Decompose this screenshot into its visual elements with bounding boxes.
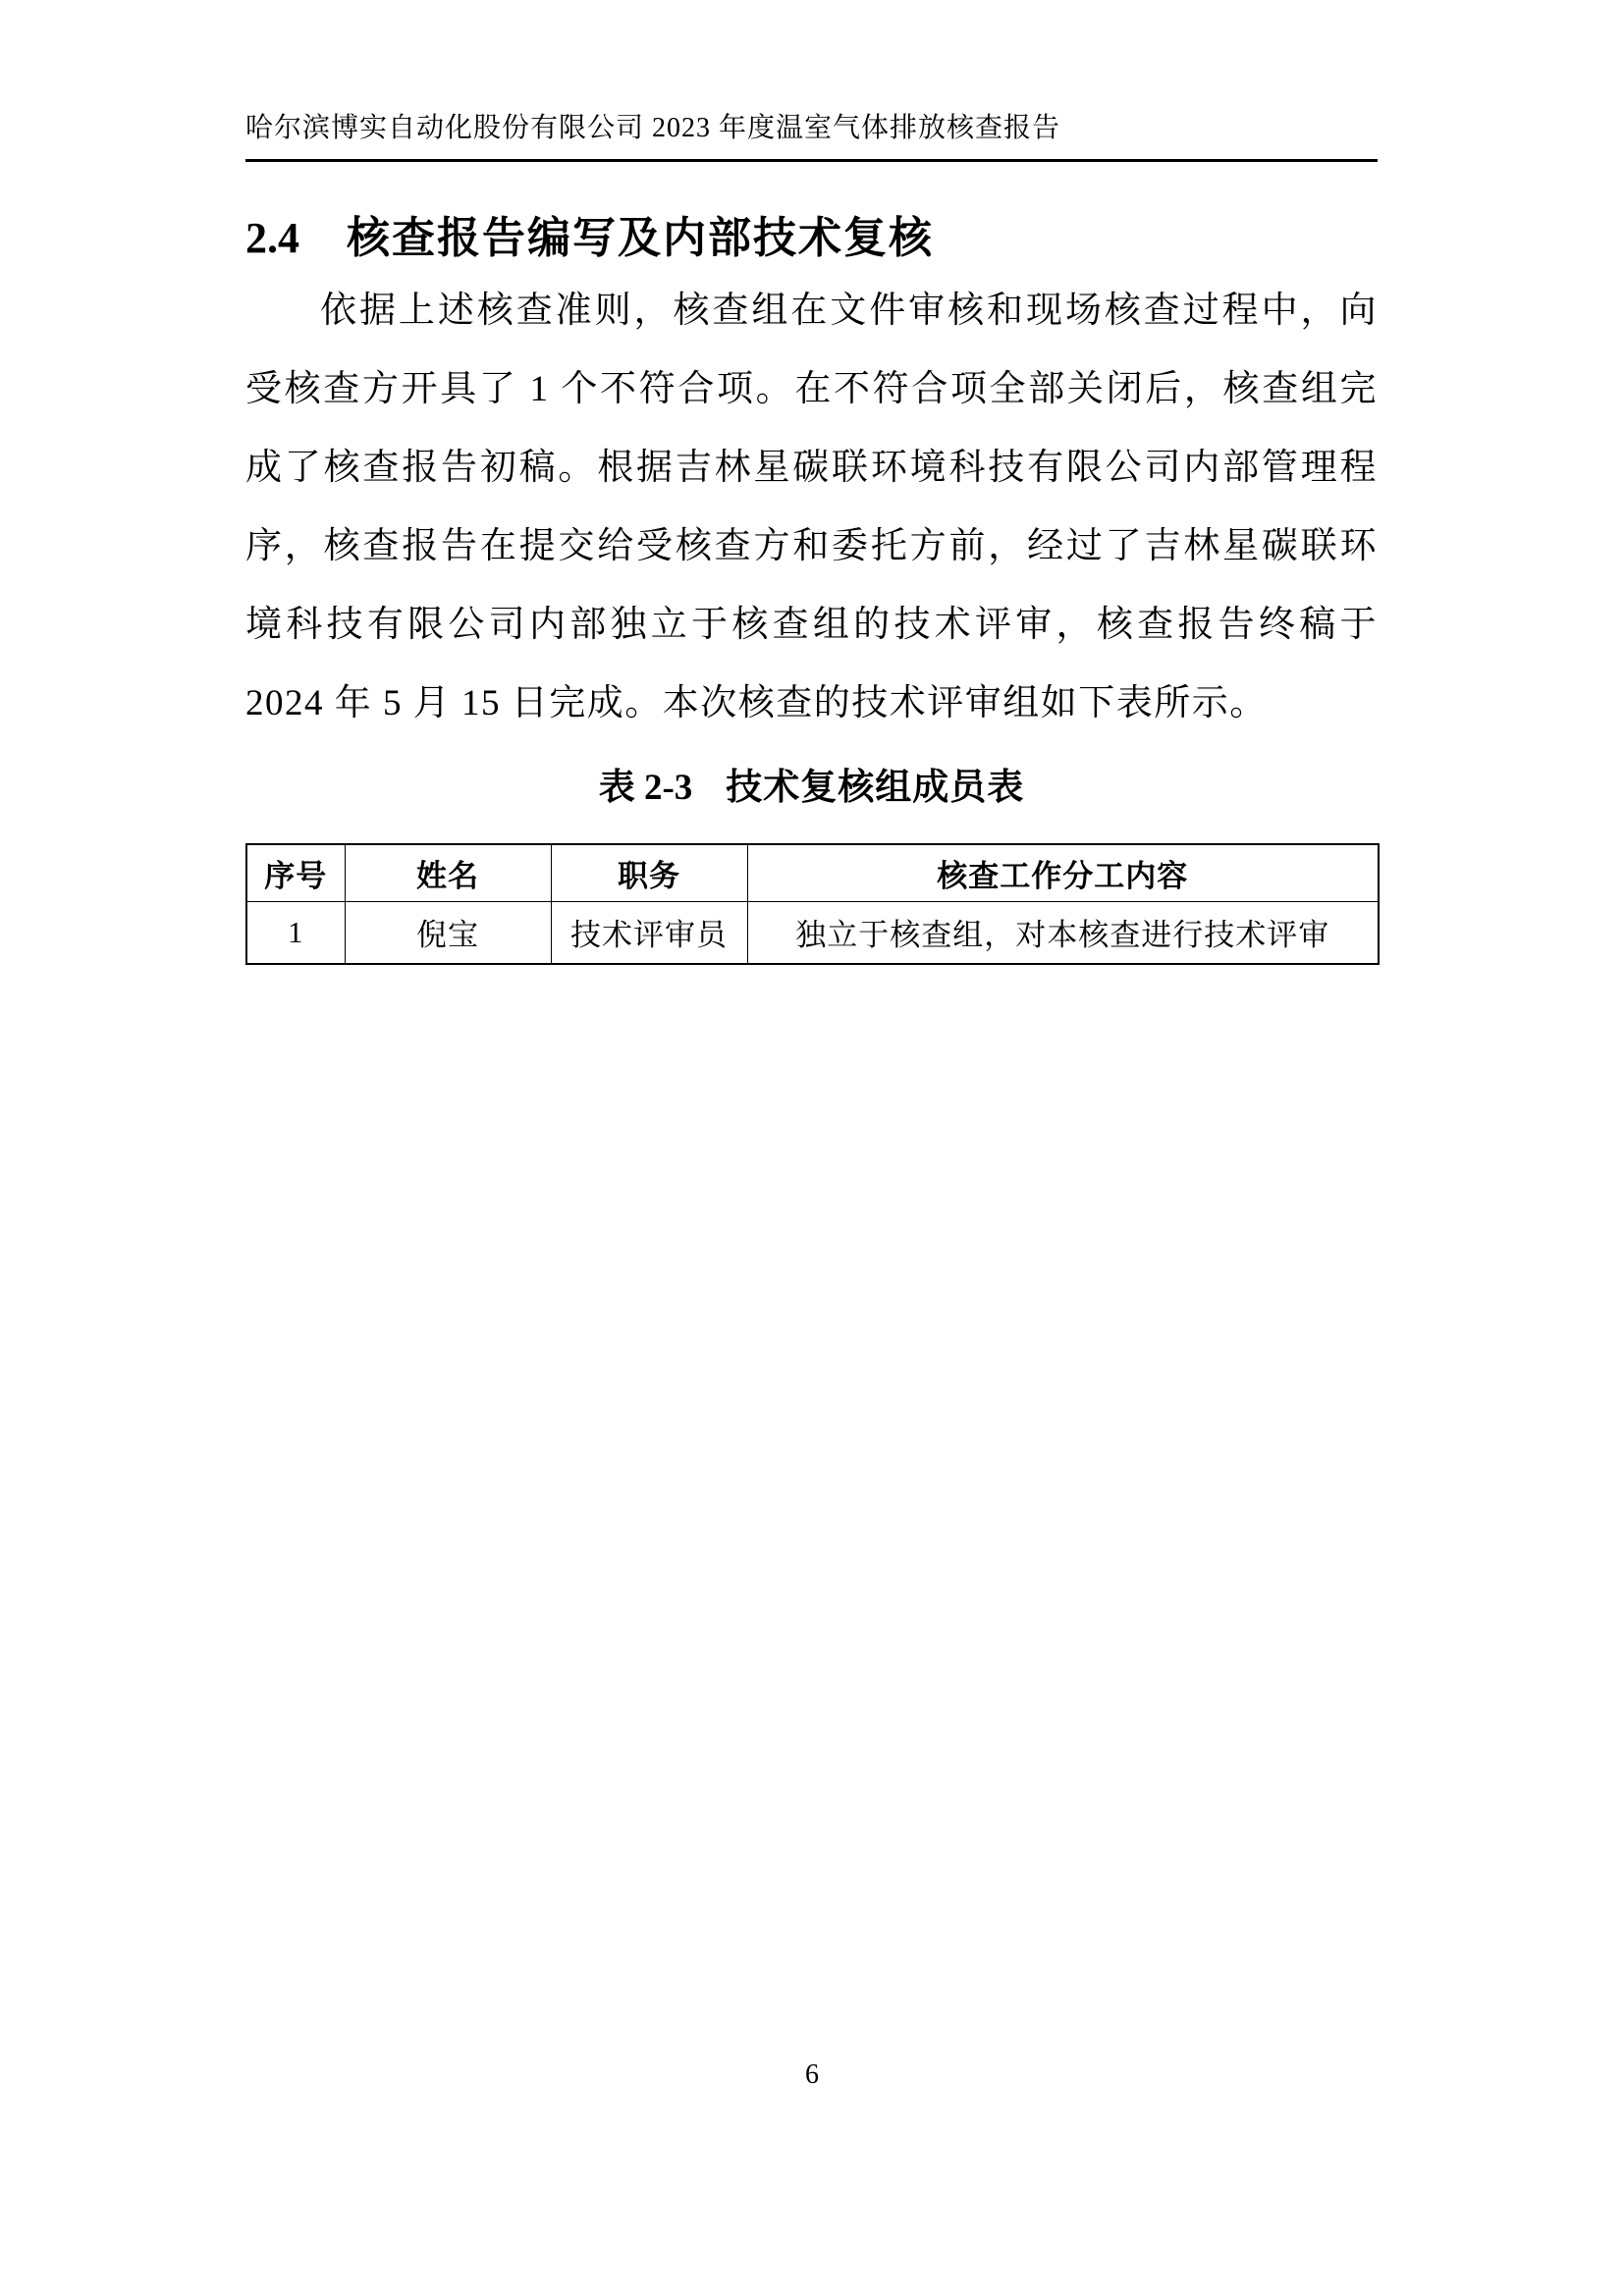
header-cell-title: 职务 (551, 844, 747, 901)
cell-duty: 独立于核查组，对本核查进行技术评审 (747, 901, 1379, 964)
members-table: 序号 姓名 职务 核查工作分工内容 1 倪宝 技术评审员 独立于核查组，对本核查… (245, 843, 1380, 965)
section-number: 2.4 (245, 214, 299, 262)
body-paragraph: 依据上述核查准则，核查组在文件审核和现场核查过程中，向受核查方开具了 1 个不符… (245, 272, 1378, 743)
page-number: 6 (0, 2059, 1624, 2091)
cell-title: 技术评审员 (551, 901, 747, 964)
cell-name: 倪宝 (345, 901, 551, 964)
table-row: 1 倪宝 技术评审员 独立于核查组，对本核查进行技术评审 (246, 901, 1379, 964)
section-heading: 2.4核查报告编写及内部技术复核 (245, 213, 1378, 264)
table-caption-title: 技术复核组成员表 (726, 768, 1024, 808)
table-caption-label: 表 2-3 (599, 768, 693, 808)
running-header: 哈尔滨博实自动化股份有限公司 2023 年度温室气体排放核查报告 (245, 114, 1378, 162)
header-cell-index: 序号 (246, 844, 345, 901)
header-cell-name: 姓名 (345, 844, 551, 901)
cell-index: 1 (246, 901, 345, 964)
document-page: 哈尔滨博实自动化股份有限公司 2023 年度温室气体排放核查报告 2.4核查报告… (0, 0, 1624, 2296)
section-title: 核查报告编写及内部技术复核 (347, 214, 934, 262)
table-caption: 表 2-3技术复核组成员表 (245, 759, 1378, 818)
header-cell-duty: 核查工作分工内容 (747, 844, 1379, 901)
table-header-row: 序号 姓名 职务 核查工作分工内容 (246, 844, 1379, 901)
